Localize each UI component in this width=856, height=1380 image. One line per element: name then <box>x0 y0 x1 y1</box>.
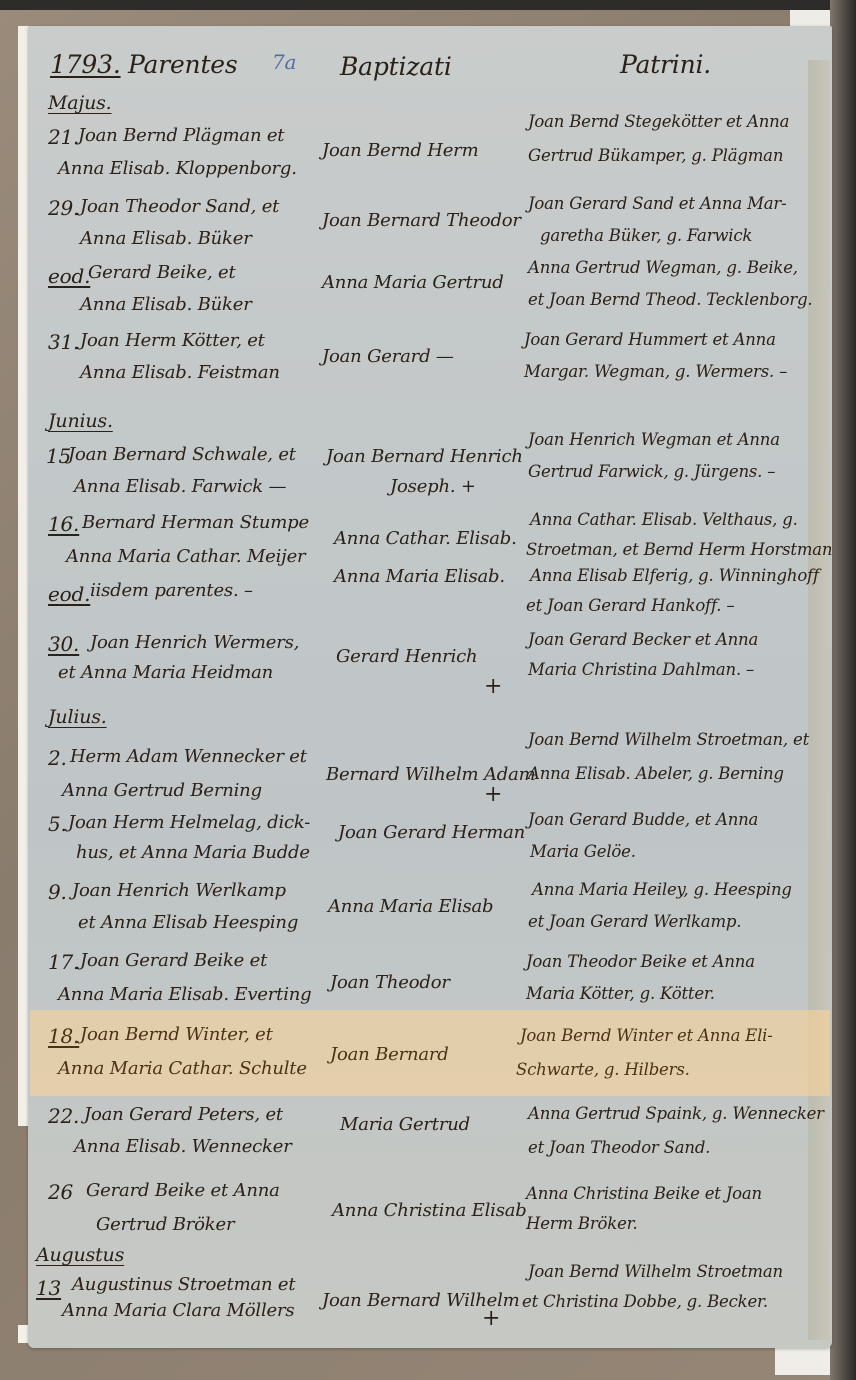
entry-parents-line: Anna Elisab. Kloppenborg. <box>58 158 297 179</box>
entry-baptized: Anna Cathar. Elisab. <box>334 528 517 549</box>
page-tab-bottom <box>775 1345 835 1375</box>
entry-parents-line: Anna Elisab. Farwick — <box>74 476 286 497</box>
entry-godparents-line: Herm Bröker. <box>526 1214 638 1233</box>
entry-parents-line: Anna Gertrud Berning <box>62 780 262 801</box>
entry-baptized: Anna Christina Elisab <box>332 1200 527 1221</box>
entry-day: 26 <box>48 1180 73 1204</box>
entry-godparents-line: Anna Christina Beike et Joan <box>526 1184 762 1203</box>
entry-baptized: Gerard Henrich <box>336 646 477 667</box>
entry-parents-line: Herm Adam Wennecker et <box>70 746 307 767</box>
entry-baptized: Anna Maria Elisab <box>328 896 493 917</box>
entry-day: 13 <box>36 1276 61 1300</box>
entry-baptized: Joan Gerard — <box>322 346 454 367</box>
entry-day: 21. <box>48 125 79 149</box>
entry-godparents-line: et Joan Gerard Werlkamp. <box>528 912 741 931</box>
entry-parents-line: Joan Henrich Werlkamp <box>72 880 286 901</box>
entry-godparents-line: et Joan Theodor Sand. <box>528 1138 710 1157</box>
entry-parents-line: iisdem parentes. – <box>90 580 253 601</box>
entry-parents-line: Joan Gerard Peters, et <box>84 1104 283 1125</box>
entry-godparents-line: Joan Gerard Becker et Anna <box>528 630 758 649</box>
month-august: Augustus <box>36 1244 124 1266</box>
entry-godparents-line: Maria Kötter, g. Kötter. <box>526 984 715 1003</box>
entry-parents-line: Gerard Beike, et <box>88 262 236 283</box>
entry-baptized: Joan Gerard Herman <box>338 822 525 843</box>
entry-godparents-line: Joan Bernd Stegekötter et Anna <box>528 112 789 131</box>
deceased-cross-icon: + <box>484 674 502 699</box>
entry-parents-line: Joan Herm Kötter, et <box>80 330 265 351</box>
entry-day: 17. <box>48 950 79 974</box>
entry-godparents-line: Anna Gertrud Spaink, g. Wennecker <box>528 1104 824 1123</box>
entry-day: 29. <box>48 196 79 220</box>
entry-day: 22. <box>48 1104 79 1128</box>
entry-godparents-line: et Joan Bernd Theod. Tecklenborg. <box>528 290 812 309</box>
entry-day: 30. <box>48 632 79 656</box>
entry-godparents-line: Stroetman, et Bernd Herm Horstman <box>526 540 832 559</box>
entry-godparents-line: Maria Christina Dahlman. – <box>528 660 754 679</box>
header-godparents: Patrini. <box>620 50 711 79</box>
entry-parents-line: Joan Herm Helmelag, dick- <box>68 812 310 833</box>
entry-godparents-line: Anna Elisab Elferig, g. Winninghoff <box>530 566 819 585</box>
entry-parents-line: Anna Maria Clara Möllers <box>62 1300 294 1321</box>
entry-baptized-cont: Joseph. + <box>390 476 476 497</box>
page-reference: 7a <box>272 50 296 74</box>
entry-parents-line: Joan Bernd Plägman et <box>78 125 284 146</box>
month-may: Majus. <box>48 92 112 114</box>
entry-day: 2. <box>48 746 67 770</box>
entry-parents-line: Gerard Beike et Anna <box>86 1180 280 1201</box>
book-spine-edge <box>830 0 856 1380</box>
entry-parents-line: Anna Elisab. Wennecker <box>74 1136 292 1157</box>
entry-parents-line: Anna Maria Elisab. Everting <box>58 984 311 1005</box>
entry-parents-line: Anna Elisab. Büker <box>80 294 252 315</box>
entry-day: 18. <box>48 1024 79 1048</box>
entry-godparents-line: garetha Büker, g. Farwick <box>540 226 752 245</box>
entry-godparents-line: Margar. Wegman, g. Wermers. – <box>524 362 787 381</box>
header-parents: Parentes <box>128 50 238 79</box>
header-baptized: Baptizati <box>340 52 452 81</box>
entry-day: 16. <box>48 512 79 536</box>
entry-parents-line: Bernard Herman Stumpe <box>82 512 309 533</box>
entry-parents-line: Anna Maria Cathar. Meijer <box>66 546 305 567</box>
entry-parents-line: Joan Gerard Beike et <box>80 950 267 971</box>
entry-day: eod. <box>48 264 90 288</box>
entry-godparents-line: Anna Cathar. Elisab. Velthaus, g. <box>530 510 798 529</box>
deceased-cross-icon: + <box>482 1306 500 1331</box>
entry-parents-line: Anna Maria Cathar. Schulte <box>58 1058 307 1079</box>
entry-day: 31. <box>48 330 79 354</box>
entry-baptized: Joan Bernard Theodor <box>322 210 521 231</box>
entry-parents-line: et Anna Elisab Heesping <box>78 912 298 933</box>
entry-parents-line: Joan Theodor Sand, et <box>80 196 279 217</box>
entry-godparents-line: Joan Gerard Budde, et Anna <box>528 810 758 829</box>
entry-godparents-line: et Christina Dobbe, g. Becker. <box>522 1292 768 1311</box>
entry-godparents-line: Anna Elisab. Abeler, g. Berning <box>528 764 784 783</box>
entry-baptized: Joan Bernard <box>330 1044 449 1065</box>
entry-baptized: Joan Theodor <box>330 972 450 993</box>
entry-godparents-line: et Joan Gerard Hankoff. – <box>526 596 734 615</box>
entry-godparents-line: Maria Gelöe. <box>530 842 636 861</box>
entry-parents-line: Augustinus Stroetman et <box>72 1274 295 1295</box>
entry-parents-line: Anna Elisab. Büker <box>80 228 252 249</box>
entry-godparents-line: Joan Gerard Sand et Anna Mar- <box>528 194 786 213</box>
entry-parents-line: Gertrud Bröker <box>96 1214 234 1235</box>
entry-godparents-line: Joan Gerard Hummert et Anna <box>524 330 776 349</box>
entry-day: eod. <box>48 582 90 606</box>
entry-godparents-line: Joan Henrich Wegman et Anna <box>528 430 780 449</box>
entry-parents-line: et Anna Maria Heidman <box>58 662 273 683</box>
header-year: 1793. <box>50 50 121 79</box>
entry-parents-line: Joan Henrich Wermers, <box>90 632 299 653</box>
entry-godparents-line: Joan Bernd Wilhelm Stroetman, et <box>528 730 809 749</box>
entry-parents-line: Anna Elisab. Feistman <box>80 362 280 383</box>
entry-godparents-line: Joan Bernd Winter et Anna Eli- <box>520 1026 773 1045</box>
entry-godparents-line: Gertrud Farwick, g. Jürgens. – <box>528 462 775 481</box>
entry-godparents-line: Joan Theodor Beike et Anna <box>526 952 755 971</box>
entry-baptized: Maria Gertrud <box>340 1114 470 1135</box>
entry-parents-line: hus, et Anna Maria Budde <box>76 842 310 863</box>
entry-baptized: Joan Bernd Herm <box>322 140 478 161</box>
page-fold-edge <box>808 60 830 1340</box>
month-june: Junius. <box>48 410 113 432</box>
entry-baptized: Anna Maria Gertrud <box>322 272 504 293</box>
entry-godparents-line: Joan Bernd Wilhelm Stroetman <box>528 1262 783 1281</box>
month-july: Julius. <box>48 706 107 728</box>
entry-day: 9. <box>48 880 67 904</box>
entry-godparents-line: Gertrud Bükamper, g. Plägman <box>528 146 783 165</box>
entry-godparents-line: Anna Maria Heiley, g. Heesping <box>532 880 792 899</box>
entry-day: 5. <box>48 812 67 836</box>
entry-baptized: Bernard Wilhelm Adam <box>326 764 535 785</box>
entry-baptized: Anna Maria Elisab. <box>334 566 505 587</box>
entry-parents-line: Joan Bernd Winter, et <box>80 1024 273 1045</box>
scanner-top-edge <box>0 0 856 10</box>
entry-godparents-line: Schwarte, g. Hilbers. <box>516 1060 690 1079</box>
entry-baptized: Joan Bernard Henrich <box>326 446 523 467</box>
deceased-cross-icon: + <box>484 782 502 807</box>
entry-parents-line: Joan Bernard Schwale, et <box>68 444 296 465</box>
entry-godparents-line: Anna Gertrud Wegman, g. Beike, <box>528 258 798 277</box>
